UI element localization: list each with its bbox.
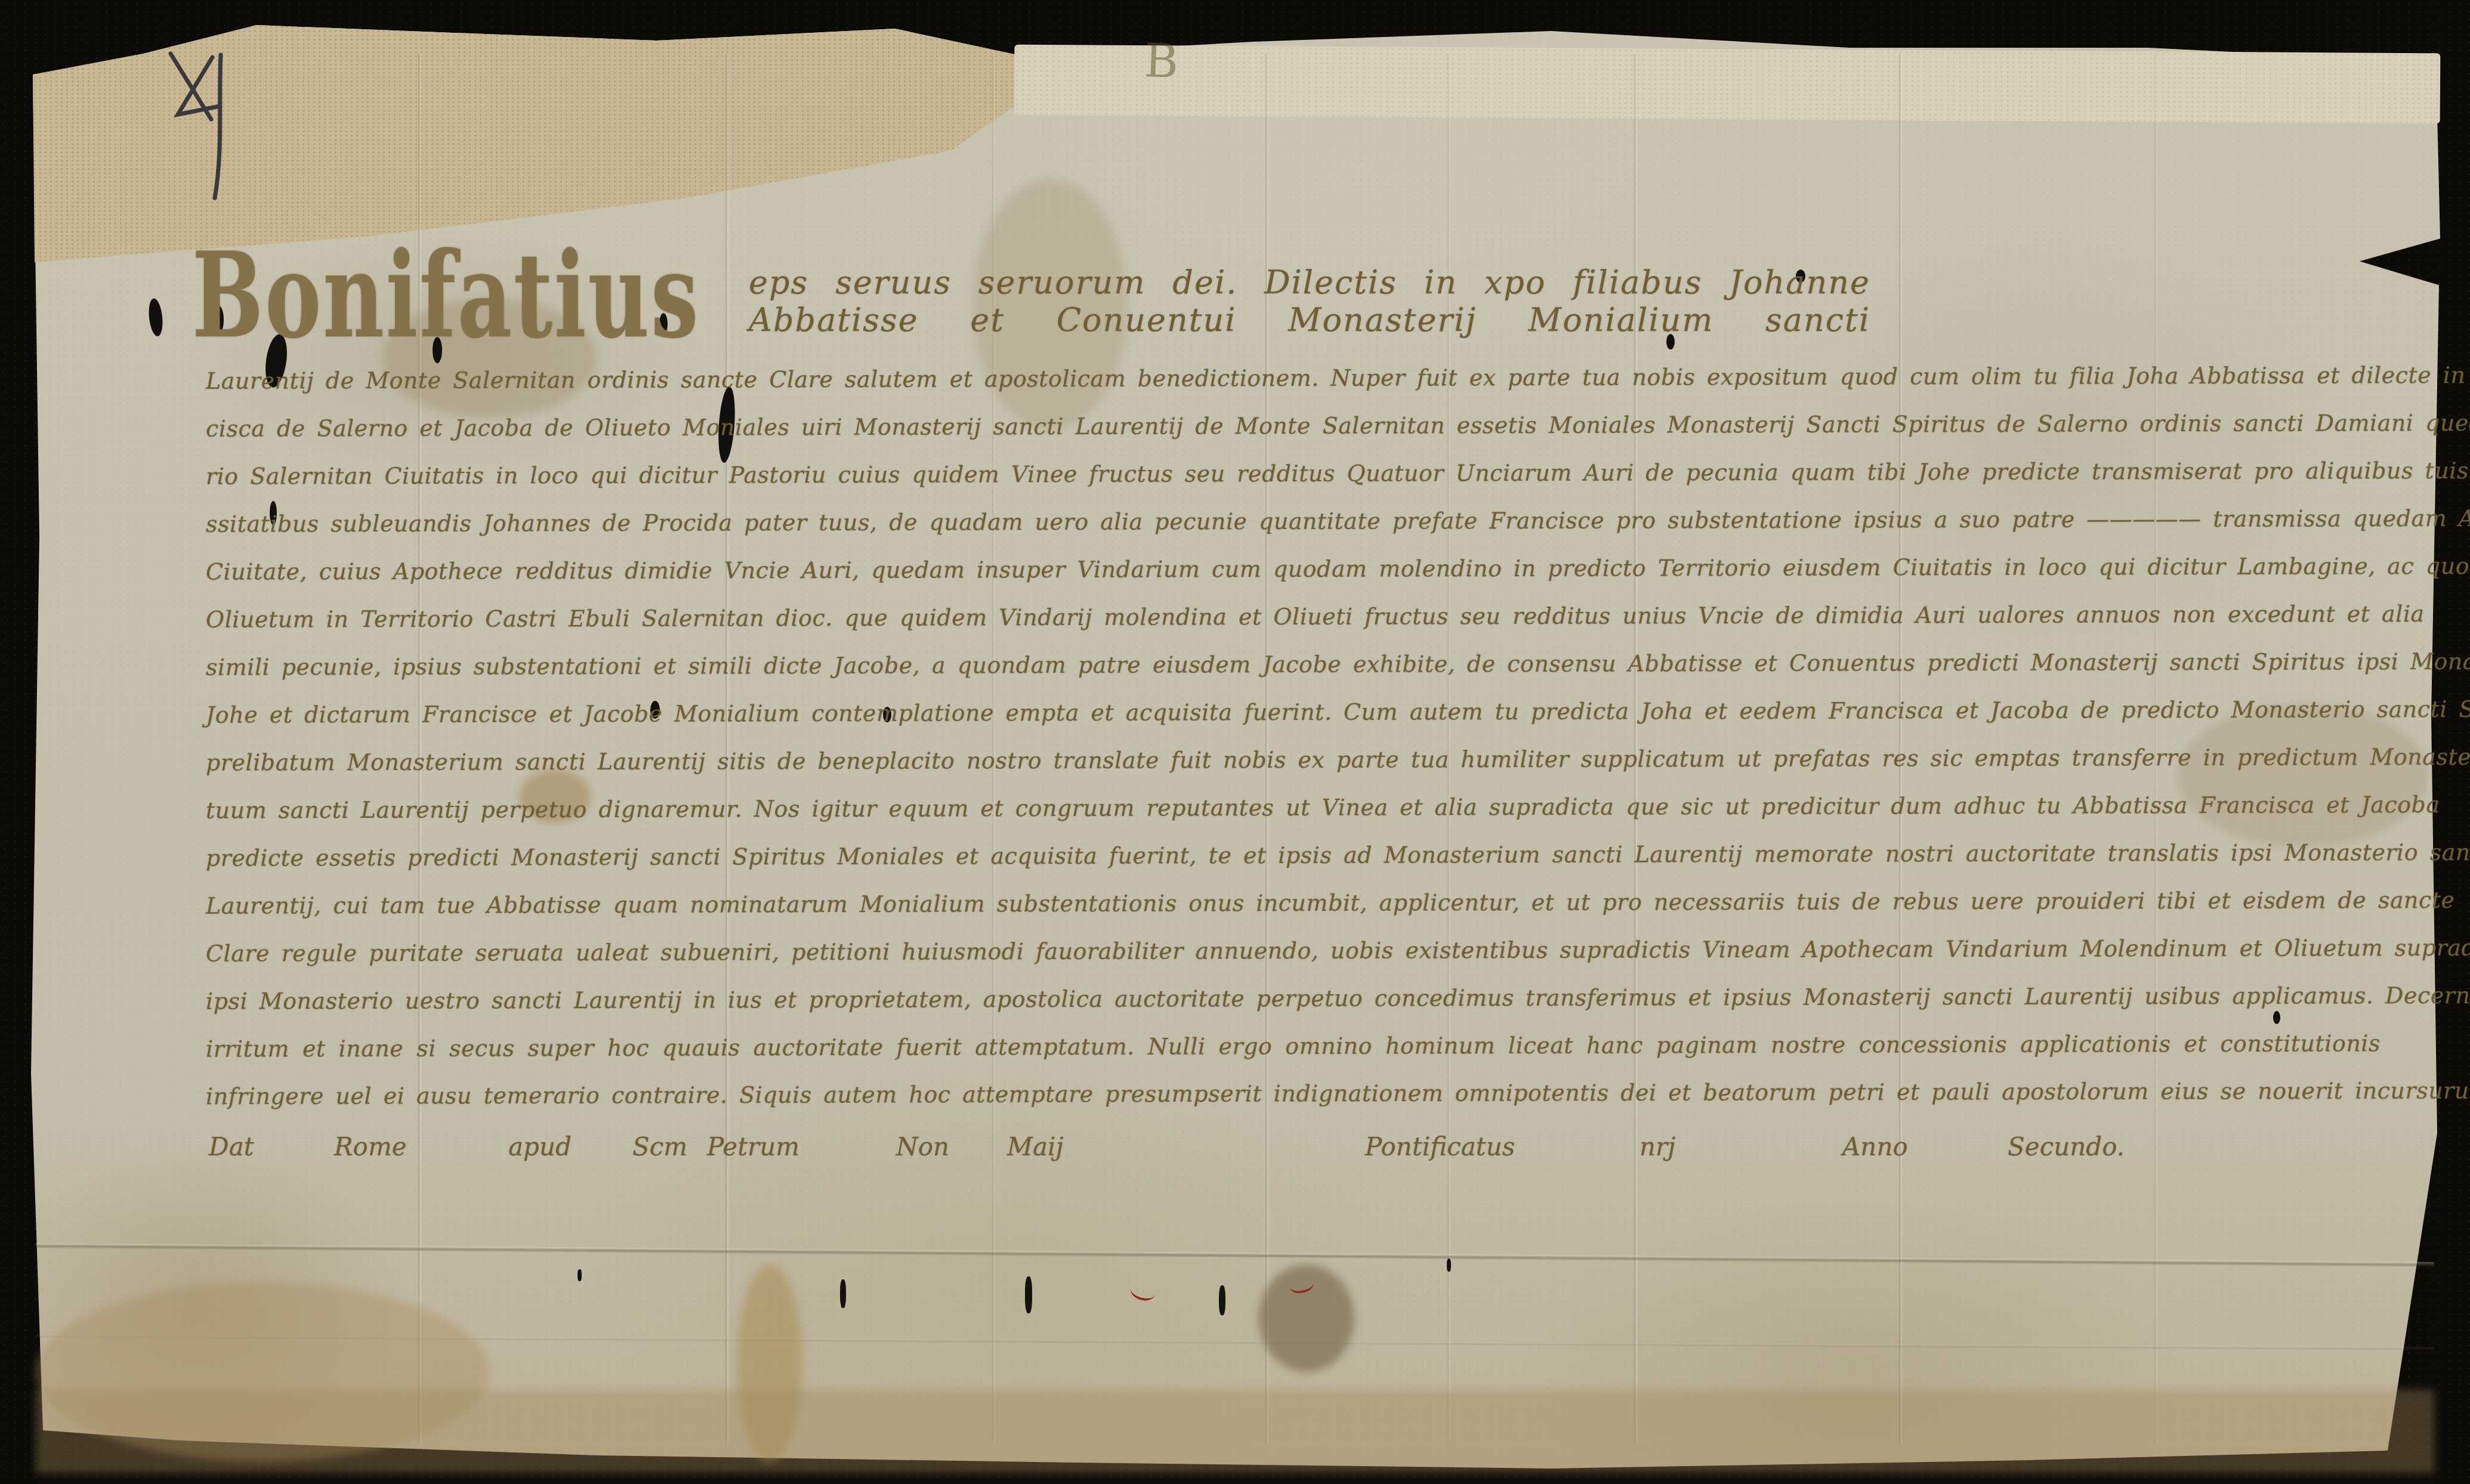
seal-slit (840, 1279, 846, 1308)
decorated-initial-word: Bonifatius (192, 237, 733, 354)
dateline-word: Maij (1007, 1132, 1064, 1161)
dateline-word: Dat (209, 1132, 254, 1161)
stain (2178, 704, 2428, 847)
seal-slit (578, 1269, 582, 1281)
parchment-top-edge-strip (1014, 45, 2441, 124)
dateline-word: nrj (1640, 1132, 1675, 1161)
dateline-word: Scm (632, 1132, 687, 1161)
seal-slit (1447, 1259, 1451, 1272)
text-line-opening: eps seruus seruorum dei. Dilectis in xpo… (749, 264, 1870, 339)
dateline-word: Petrum (707, 1132, 799, 1161)
ink-blot (2273, 1011, 2280, 1024)
seal-slit (1025, 1276, 1032, 1313)
seal-slit (1219, 1285, 1225, 1315)
dateline-word: Anno (1842, 1132, 1908, 1161)
dateline-word: apud (508, 1132, 572, 1161)
dateline-word: Pontificatus (1365, 1132, 1515, 1161)
text-line: infringere uel ei ausu temerario contrai… (206, 1078, 2151, 1110)
dateline-word: Rome (334, 1132, 407, 1161)
photo-background: B Bonifatius eps seruus seruorum dei. Di… (0, 0, 2470, 1484)
archival-pen-mark-icon (160, 48, 255, 203)
dateline-word: Secundo. (2008, 1132, 2125, 1161)
dateline-word: Non (896, 1132, 949, 1161)
bottom-fold-discoloration (36, 1390, 2434, 1473)
top-monogram-mark: B (1143, 34, 1179, 89)
